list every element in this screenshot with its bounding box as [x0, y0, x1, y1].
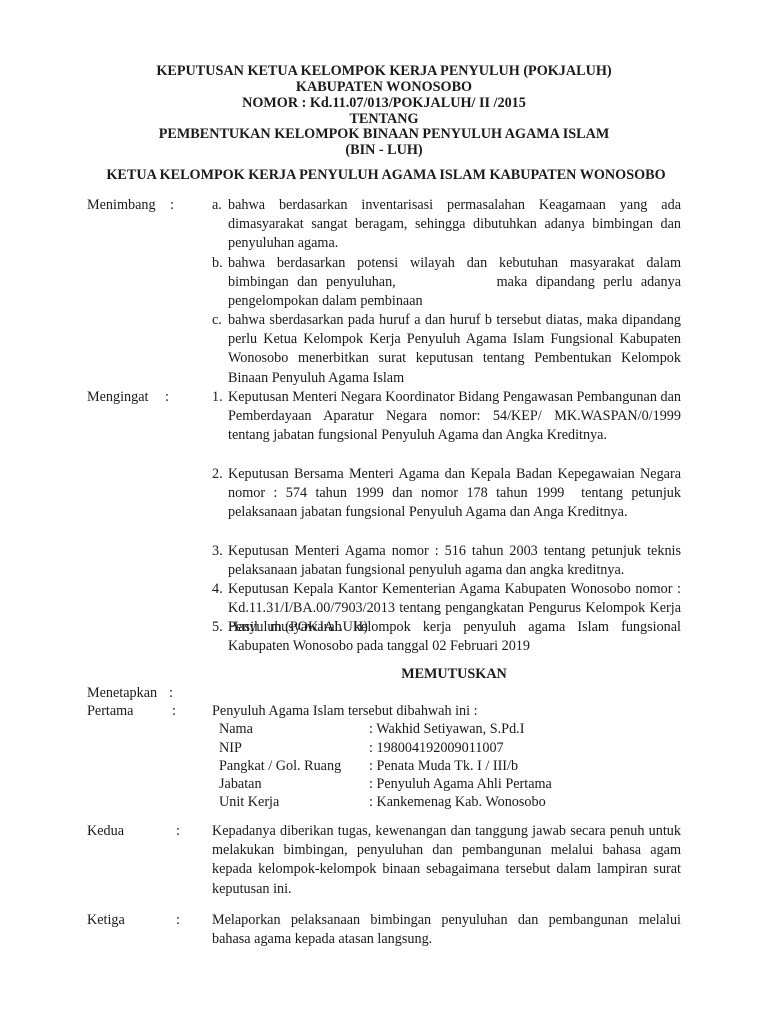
- mengingat-item-1: Keputusan Menteri Negara Koordinator Bid…: [228, 388, 681, 446]
- memutuskan-heading: MEMUTUSKAN: [0, 666, 768, 683]
- kedua-label: Kedua: [87, 822, 124, 841]
- field-value-nama: : Wakhid Setiyawan, S.Pd.I: [369, 720, 524, 739]
- menimbang-marker-a: a.: [212, 196, 222, 215]
- pertama-label: Pertama: [87, 702, 133, 721]
- menimbang-marker-b: b.: [212, 254, 223, 273]
- about-label: TENTANG: [0, 112, 768, 127]
- mengingat-item-2: Keputusan Bersama Menteri Agama dan Kepa…: [228, 465, 681, 523]
- ketiga-text: Melaporkan pelaksanaan bimbingan penyulu…: [212, 911, 681, 949]
- decree-title: KEPUTUSAN KETUA KELOMPOK KERJA PENYULUH …: [0, 64, 768, 79]
- menimbang-marker-c: c.: [212, 311, 222, 330]
- mengingat-colon: :: [165, 388, 169, 407]
- menetapkan-colon: :: [169, 684, 173, 703]
- field-key-pangkat: Pangkat / Gol. Ruang: [219, 757, 341, 776]
- menimbang-item-a: bahwa berdasarkan inventarisasi permasal…: [228, 196, 681, 254]
- field-value-unit-kerja: : Kankemenag Kab. Wonosobo: [369, 793, 546, 812]
- issuer-heading: KETUA KELOMPOK KERJA PENYULUH AGAMA ISLA…: [86, 167, 686, 184]
- mengingat-marker-3: 3.: [212, 542, 223, 561]
- menimbang-item-b: bahwa berdasarkan potensi wilayah dan ke…: [228, 254, 681, 312]
- mengingat-item-3: Keputusan Menteri Agama nomor : 516 tahu…: [228, 542, 681, 580]
- mengingat-marker-5: 5.: [212, 618, 223, 637]
- field-value-jabatan: : Penyuluh Agama Ahli Pertama: [369, 775, 552, 794]
- mengingat-item-5: Hasil musyawarah kelompok kerja penyuluh…: [228, 618, 681, 656]
- menetapkan-label: Menetapkan: [87, 684, 157, 703]
- field-key-nama: Nama: [219, 720, 253, 739]
- field-key-nip: NIP: [219, 739, 242, 758]
- pertama-colon: :: [172, 702, 176, 721]
- subject-abbreviation: (BIN - LUH): [0, 143, 768, 158]
- menimbang-item-c: bahwa sberdasarkan pada huruf a dan huru…: [228, 311, 681, 388]
- mengingat-marker-4: 4.: [212, 580, 223, 599]
- field-key-unit-kerja: Unit Kerja: [219, 793, 279, 812]
- field-value-pangkat: : Penata Muda Tk. I / III/b: [369, 757, 518, 776]
- menimbang-colon: :: [170, 196, 174, 215]
- mengingat-marker-1: 1.: [212, 388, 223, 407]
- kedua-colon: :: [176, 822, 180, 841]
- subject-title: PEMBENTUKAN KELOMPOK BINAAN PENYULUH AGA…: [0, 127, 768, 142]
- menimbang-label: Menimbang: [87, 196, 156, 215]
- ketiga-colon: :: [176, 911, 180, 930]
- mengingat-label: Mengingat: [87, 388, 148, 407]
- ketiga-label: Ketiga: [87, 911, 125, 930]
- decree-number: NOMOR : Kd.11.07/013/POKJALUH/ II /2015: [0, 96, 768, 111]
- regency-title: KABUPATEN WONOSOBO: [0, 80, 768, 95]
- field-key-jabatan: Jabatan: [219, 775, 262, 794]
- field-value-nip: : 198004192009011007: [369, 739, 504, 758]
- kedua-text: Kepadanya diberikan tugas, kewenangan da…: [212, 822, 681, 899]
- document-page: KEPUTUSAN KETUA KELOMPOK KERJA PENYULUH …: [0, 0, 768, 1024]
- pertama-intro: Penyuluh Agama Islam tersebut dibahwah i…: [212, 702, 478, 721]
- mengingat-marker-2: 2.: [212, 465, 223, 484]
